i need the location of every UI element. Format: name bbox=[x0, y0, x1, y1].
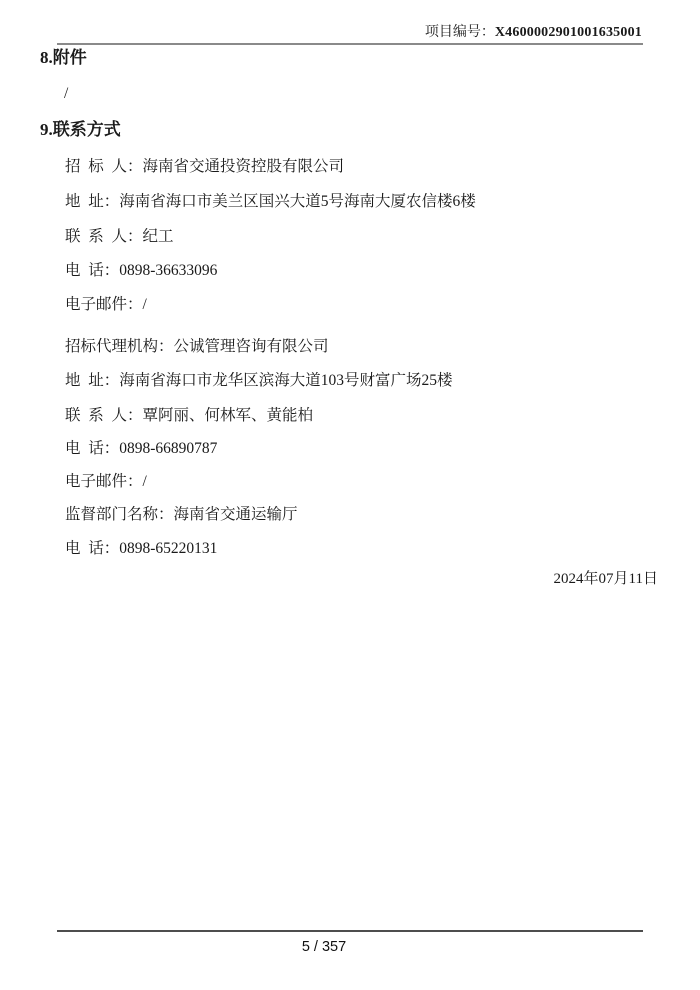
supervisor-name-value: 海南省交通运输厅 bbox=[174, 506, 298, 523]
page-number-indicator: 5 / 357 bbox=[0, 938, 648, 956]
agency-phone-value: 0898-66890787 bbox=[119, 440, 217, 457]
tenderer-address-label: 地 址： bbox=[65, 193, 119, 210]
section-heading-attachments: 8.附件 bbox=[40, 48, 87, 68]
footer-divider bbox=[57, 930, 643, 932]
agency-address-value: 海南省海口市龙华区滨海大道103号财富广场25楼 bbox=[119, 372, 452, 389]
supervisor-phone-value: 0898-65220131 bbox=[119, 540, 217, 557]
agency-email-value: / bbox=[143, 473, 147, 490]
tenderer-email-value: / bbox=[143, 296, 147, 313]
tenderer-name-value: 海南省交通投资控股有限公司 bbox=[143, 158, 345, 175]
supervisor-phone-line: 电 话：0898-65220131 bbox=[65, 539, 217, 558]
agency-phone-label: 电 话： bbox=[65, 440, 119, 457]
section-heading-contact: 9.联系方式 bbox=[40, 120, 121, 140]
tenderer-contact-person-line: 联 系 人：纪工 bbox=[65, 227, 174, 246]
project-number-value: X4600002901001635001 bbox=[495, 25, 642, 40]
tenderer-contact-person-label: 联 系 人： bbox=[65, 228, 143, 245]
tenderer-address-value: 海南省海口市美兰区国兴大道5号海南大厦农信楼6楼 bbox=[119, 193, 476, 210]
agency-name-value: 公诚管理咨询有限公司 bbox=[174, 338, 329, 355]
supervisor-phone-label: 电 话： bbox=[65, 540, 119, 557]
agency-name-label: 招标代理机构： bbox=[65, 338, 174, 355]
header-project-number: 项目编号：X4600002901001635001 bbox=[425, 24, 642, 42]
attachments-content: / bbox=[64, 84, 68, 103]
agency-phone-line: 电 话：0898-66890787 bbox=[65, 439, 217, 458]
header-divider bbox=[57, 43, 643, 45]
tenderer-address-line: 地 址：海南省海口市美兰区国兴大道5号海南大厦农信楼6楼 bbox=[65, 192, 476, 211]
tenderer-phone-label: 电 话： bbox=[65, 262, 119, 279]
agency-email-label: 电子邮件： bbox=[65, 473, 143, 490]
tenderer-email-line: 电子邮件：/ bbox=[65, 295, 147, 314]
agency-email-line: 电子邮件：/ bbox=[65, 472, 147, 491]
tenderer-name-label: 招 标 人： bbox=[65, 158, 143, 175]
tenderer-phone-value: 0898-36633096 bbox=[119, 262, 217, 279]
agency-name-line: 招标代理机构：公诚管理咨询有限公司 bbox=[65, 337, 329, 356]
project-number-label: 项目编号： bbox=[425, 25, 495, 40]
document-date: 2024年07月11日 bbox=[554, 570, 658, 589]
document-page: 项目编号：X4600002901001635001 8.附件 / 9.联系方式 … bbox=[0, 0, 700, 990]
agency-contact-person-value: 覃阿丽、何林军、黄能柏 bbox=[143, 407, 314, 424]
agency-contact-person-line: 联 系 人：覃阿丽、何林军、黄能柏 bbox=[65, 406, 313, 425]
tenderer-contact-person-value: 纪工 bbox=[143, 228, 174, 245]
tenderer-email-label: 电子邮件： bbox=[65, 296, 143, 313]
agency-address-label: 地 址： bbox=[65, 372, 119, 389]
supervisor-name-line: 监督部门名称：海南省交通运输厅 bbox=[65, 505, 298, 524]
tenderer-name-line: 招 标 人：海南省交通投资控股有限公司 bbox=[65, 157, 344, 176]
agency-contact-person-label: 联 系 人： bbox=[65, 407, 143, 424]
tenderer-phone-line: 电 话：0898-36633096 bbox=[65, 261, 217, 280]
supervisor-name-label: 监督部门名称： bbox=[65, 506, 174, 523]
agency-address-line: 地 址：海南省海口市龙华区滨海大道103号财富广场25楼 bbox=[65, 371, 453, 390]
